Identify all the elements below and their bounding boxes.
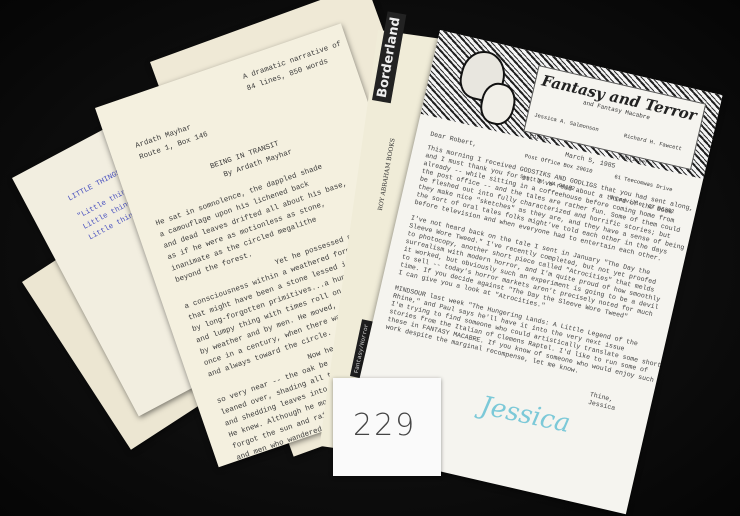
index-card: 229 [333, 378, 441, 476]
editor-name: Jessica A. Salmonson [534, 111, 603, 133]
publisher-name: Richard H. Fawcett [623, 132, 689, 154]
letter-closing: Thine, Jessica [587, 391, 618, 413]
publisher-role: Publisher [618, 153, 684, 175]
index-number: 229 [353, 408, 416, 443]
editor-role: Editor [529, 132, 598, 154]
